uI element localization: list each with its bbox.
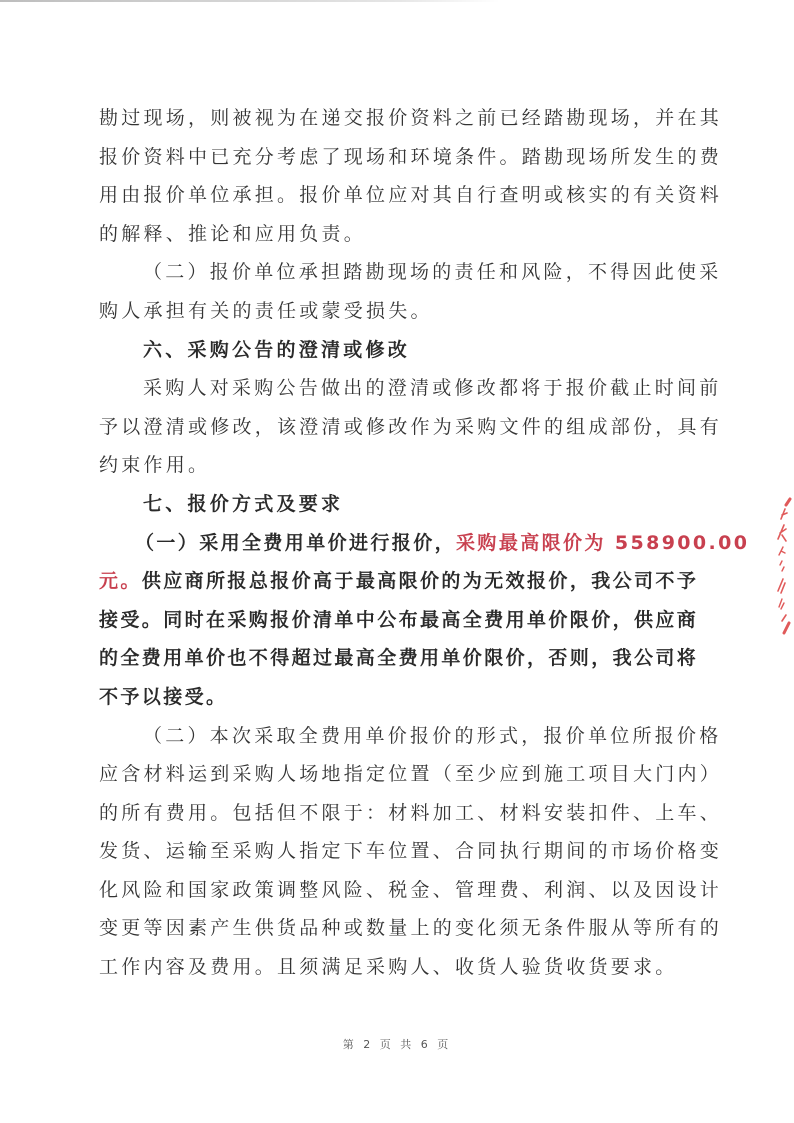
text-line: （二）本次采取全费用单价报价的形式，报价单位所报价格 (99, 717, 703, 756)
text-line: 的所有费用。包括但不限于：材料加工、材料安装扣件、上车、 (99, 794, 703, 833)
text-line: 接受。同时在采购报价清单中公布最高全费用单价限价，供应商 (99, 601, 703, 640)
text-line: 化风险和国家政策调整风险、税金、管理费、利润、以及因设计 (99, 871, 703, 910)
paragraph-inspection-risk: （二）报价单位承担踏勘现场的责任和风险，不得因此使采 购人承担有关的责任或蒙受损… (99, 253, 703, 330)
scan-top-edge (0, 0, 500, 2)
partial-seal-stamp-icon (764, 495, 794, 635)
text-line: （二）报价单位承担踏勘现场的责任和风险，不得因此使采 (99, 253, 703, 292)
max-price-highlight: 采购最高限价为 558900.00 (456, 532, 749, 554)
paragraph-max-price: （一）采用全费用单价进行报价，采购最高限价为 558900.00 元。供应商所报… (99, 524, 703, 717)
document-page-body: 勘过现场，则被视为在递交报价资料之前已经踏勘现场，并在其 报价资料中已充分考虑了… (99, 99, 703, 987)
text-line: 报价资料中已充分考虑了现场和环境条件。踏勘现场所发生的费 (99, 138, 703, 177)
paragraph-site-inspection-continued: 勘过现场，则被视为在递交报价资料之前已经踏勘现场，并在其 报价资料中已充分考虑了… (99, 99, 703, 253)
page-number-footer: 第 2 页 共 6 页 (0, 1036, 794, 1052)
text-line: 采购人对采购公告做出的澄清或修改都将于报价截止时间前 (99, 369, 703, 408)
section-heading-quotation-method: 七、报价方式及要求 (99, 485, 703, 524)
text-line: 的解释、推论和应用负责。 (99, 215, 703, 254)
text-segment: 供应商所报总报价高于最高限价的为无效报价，我公司不予 (142, 570, 698, 592)
text-line: 用由报价单位承担。报价单位应对其自行查明或核实的有关资料 (99, 176, 703, 215)
text-line: 发货、运输至采购人指定下车位置、合同执行期间的市场价格变 (99, 832, 703, 871)
text-segment: （一）采用全费用单价进行报价， (135, 532, 456, 554)
currency-unit-highlight: 元。 (99, 570, 142, 592)
text-line: 不予以接受。 (99, 678, 703, 717)
text-line: 勘过现场，则被视为在递交报价资料之前已经踏勘现场，并在其 (99, 99, 703, 138)
text-line: 约束作用。 (99, 446, 703, 485)
text-line: （一）采用全费用单价进行报价，采购最高限价为 558900.00 (99, 524, 703, 563)
text-line: 工作内容及费用。且须满足采购人、收货人验货收货要求。 (99, 948, 703, 987)
text-line: 应含材料运到采购人场地指定位置（至少应到施工项目大门内） (99, 755, 703, 794)
text-line: 元。供应商所报总报价高于最高限价的为无效报价，我公司不予 (99, 562, 703, 601)
text-line: 变更等因素产生供货品种或数量上的变化须无条件服从等所有的 (99, 909, 703, 948)
text-line: 购人承担有关的责任或蒙受损失。 (99, 292, 703, 331)
text-line: 予以澄清或修改，该澄清或修改作为采购文件的组成部份，具有 (99, 408, 703, 447)
text-line: 的全费用单价也不得超过最高全费用单价限价，否则，我公司将 (99, 639, 703, 678)
paragraph-unit-price-scope: （二）本次采取全费用单价报价的形式，报价单位所报价格 应含材料运到采购人场地指定… (99, 717, 703, 987)
paragraph-clarification: 采购人对采购公告做出的澄清或修改都将于报价截止时间前 予以澄清或修改，该澄清或修… (99, 369, 703, 485)
section-heading-clarification: 六、采购公告的澄清或修改 (99, 331, 703, 370)
